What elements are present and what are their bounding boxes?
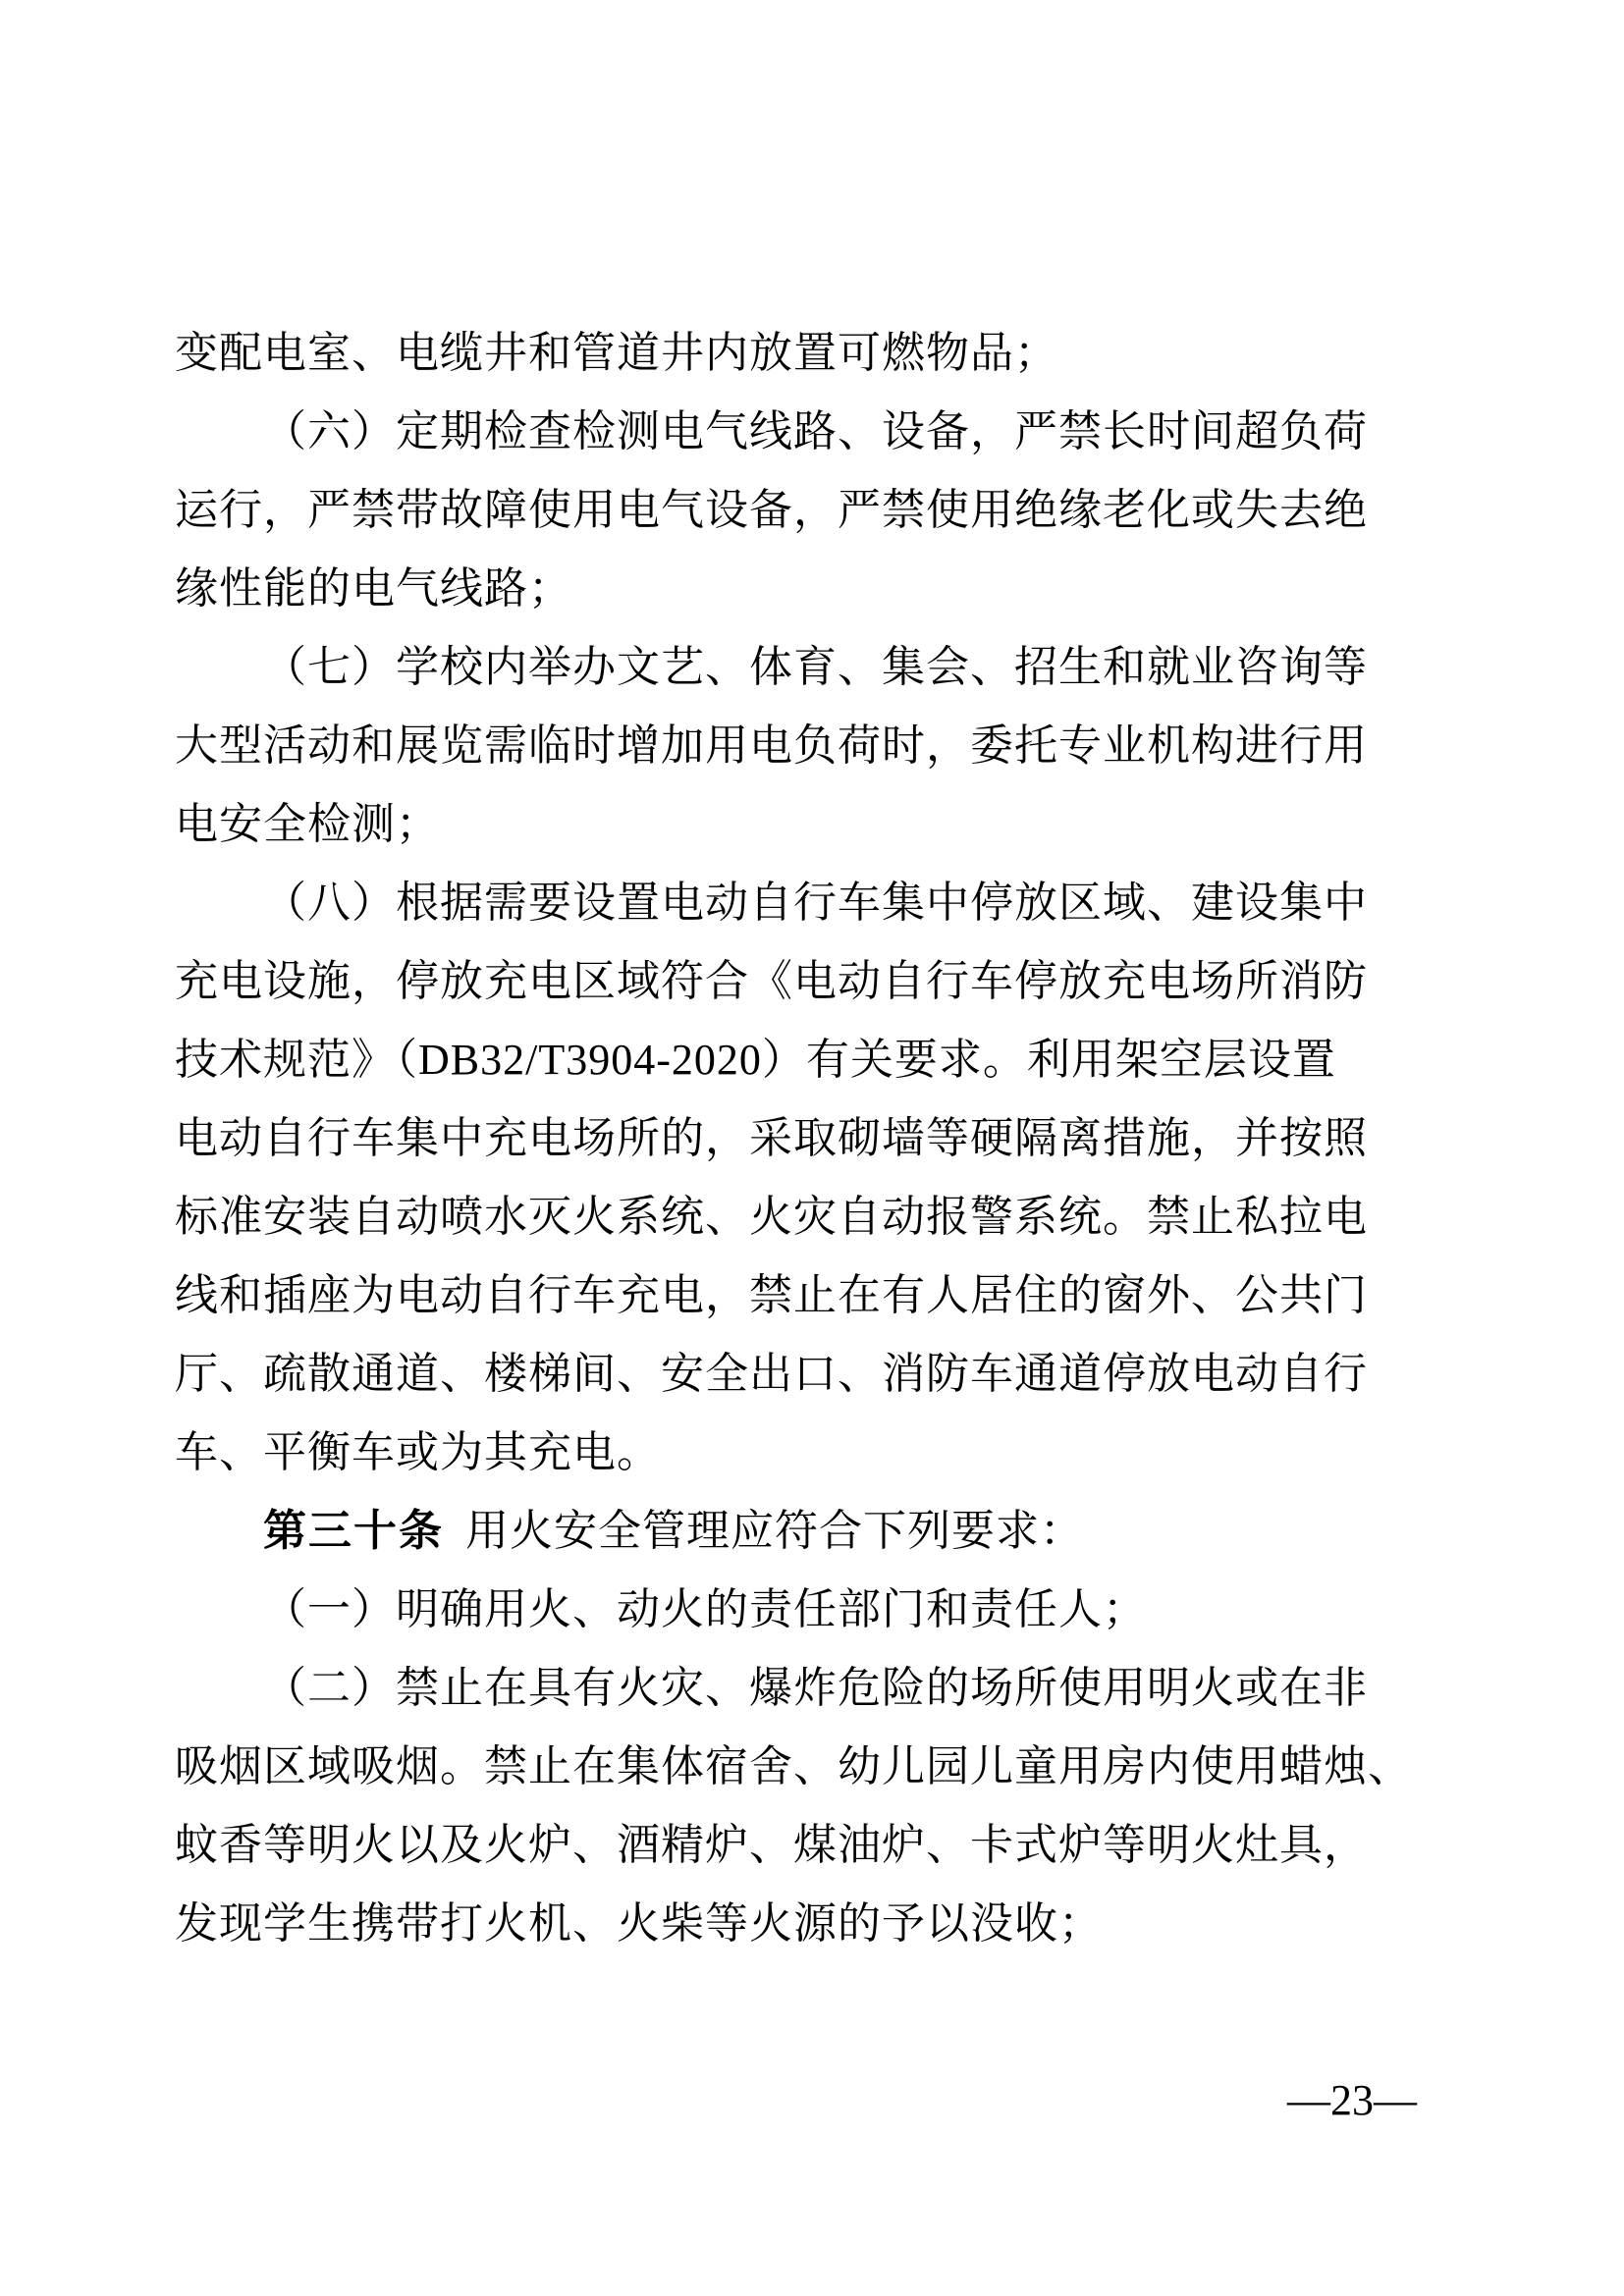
article-30-heading-line: 第三十条用火安全管理应符合下列要求： [175, 1492, 1418, 1571]
text-line: 车、平衡车或为其充电。 [175, 1414, 1418, 1492]
text-line: （七）学校内举办文艺、体育、集会、招生和就业咨询等 [175, 628, 1418, 707]
article-number-bold: 第三十条 [263, 1507, 444, 1555]
text-line: 充电设施，停放充电区域符合《电动自行车停放充电场所消防 [175, 942, 1418, 1021]
text-line: 标准安装自动喷水灭火系统、火灾自动报警系统。禁止私拉电 [175, 1178, 1418, 1256]
text-line: 吸烟区域吸烟。禁止在集体宿舍、幼儿园儿童用房内使用蜡烛、 [175, 1728, 1418, 1806]
text-line: 厅、疏散通道、楼梯间、安全出口、消防车通道停放电动自行 [175, 1335, 1418, 1414]
text-line: 电动自行车集中充电场所的，采取砌墙等硬隔离措施，并按照 [175, 1099, 1418, 1178]
text-line: 线和插座为电动自行车充电，禁止在有人居住的窗外、公共门 [175, 1256, 1418, 1335]
document-body: 变配电室、电缆井和管道井内放置可燃物品； （六）定期检查检测电气线路、设备，严禁… [175, 314, 1418, 1963]
text-line: 技术规范》（DB32/T3904-2020）有关要求。利用架空层设置 [175, 1021, 1418, 1099]
text-line: 大型活动和展览需临时增加用电负荷时，委托专业机构进行用 [175, 707, 1418, 785]
text-line: （八）根据需要设置电动自行车集中停放区域、建设集中 [175, 864, 1418, 942]
article-heading-text: 用火安全管理应符合下列要求： [465, 1507, 1084, 1555]
text-line: （一）明确用火、动火的责任部门和责任人； [175, 1571, 1418, 1649]
text-line: 电安全检测； [175, 785, 1418, 864]
text-line: 发现学生携带打火机、火柴等火源的予以没收； [175, 1885, 1418, 1963]
page-number: —23— [1287, 2077, 1417, 2124]
text-line: 变配电室、电缆井和管道井内放置可燃物品； [175, 314, 1418, 393]
text-line: 运行，严禁带故障使用电气设备，严禁使用绝缘老化或失去绝 [175, 471, 1418, 550]
text-line: （二）禁止在具有火灾、爆炸危险的场所使用明火或在非 [175, 1649, 1418, 1728]
text-line: （六）定期检查检测电气线路、设备，严禁长时间超负荷 [175, 393, 1418, 471]
document-page: 变配电室、电缆井和管道井内放置可燃物品； （六）定期检查检测电气线路、设备，严禁… [0, 0, 1624, 2296]
text-line: 缘性能的电气线路； [175, 550, 1418, 628]
text-line: 蚊香等明火以及火炉、酒精炉、煤油炉、卡式炉等明火灶具， [175, 1806, 1418, 1885]
